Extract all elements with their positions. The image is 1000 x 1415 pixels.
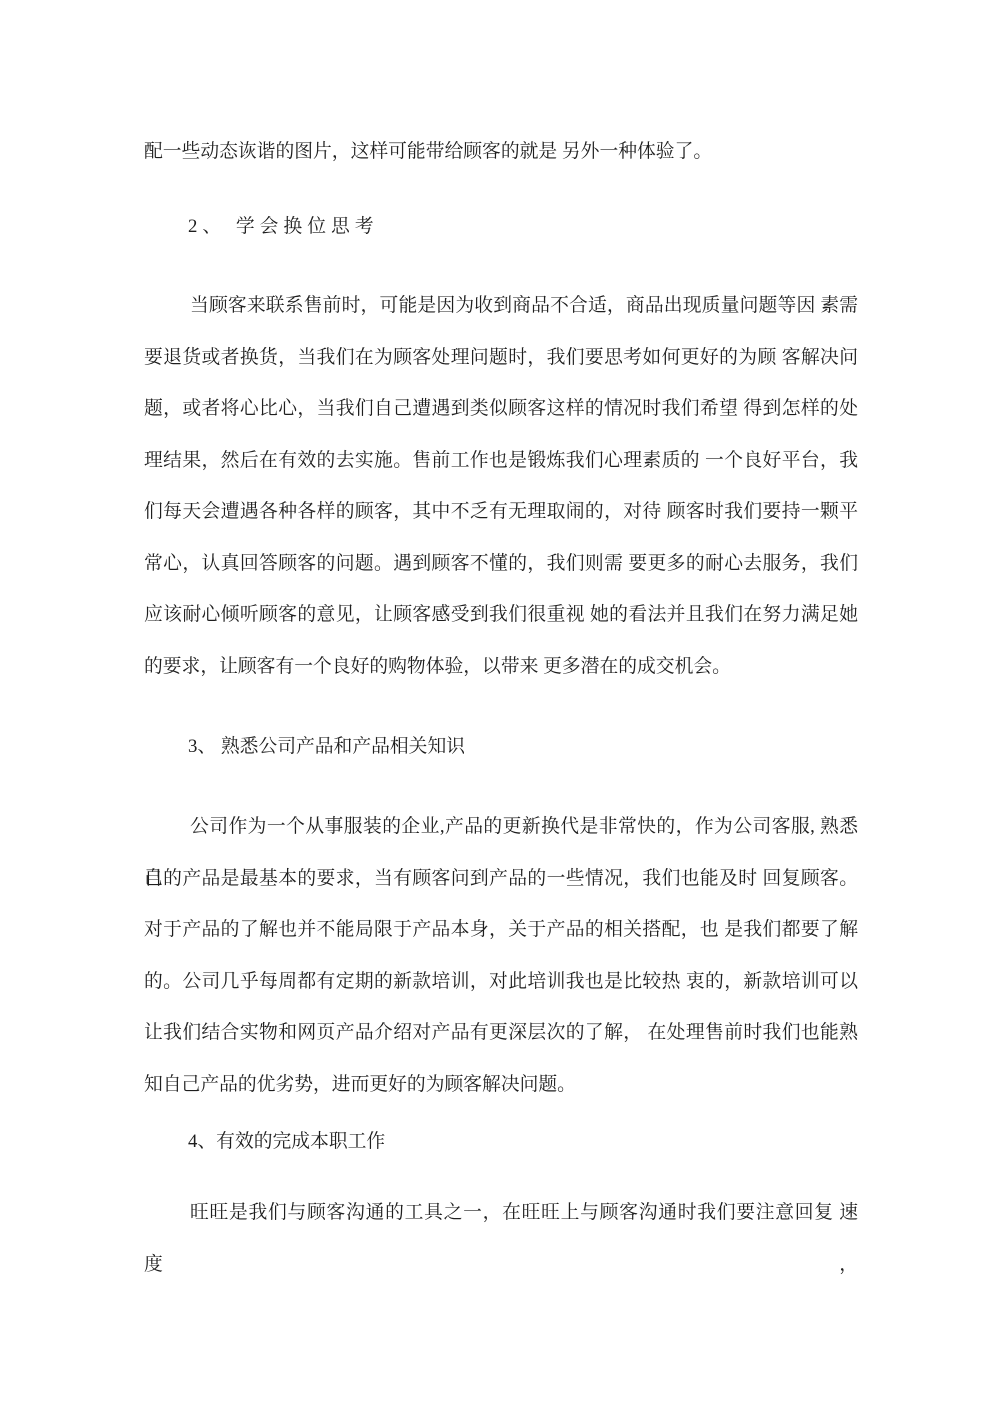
- paragraph-tail-line: 配一些动态诙谐的图片，这样可能带给顾客的就是 另外一种体验了。: [144, 126, 858, 178]
- body-paragraph-3: 公司作为一个从事服装的企业,产品的更新换代是非常快的，作为公司客服, 熟悉自 己…: [144, 801, 858, 1110]
- paragraph-line: 旺旺是我们与顾客沟通的工具之一，在旺旺上与顾客沟通时我们要注意回复 速度，: [144, 1187, 858, 1239]
- paragraph-line: 们每天会遭遇各种各样的顾客，其中不乏有无理取闹的，对待 顾客时我们要持一颗平: [144, 486, 858, 538]
- paragraph-line: 对于产品的了解也并不能局限于产品本身，关于产品的相关搭配，也 是我们都要了解: [144, 904, 858, 956]
- paragraph-line: 知自己产品的优劣势，进而更好的为顾客解决问题。: [144, 1059, 858, 1111]
- paragraph-line: 公司作为一个从事服装的企业,产品的更新换代是非常快的，作为公司客服, 熟悉自: [144, 801, 858, 853]
- document-page: 配一些动态诙谐的图片，这样可能带给顾客的就是 另外一种体验了。 2、 学会换位思…: [0, 0, 1000, 1415]
- paragraph-line: 题，或者将心比心，当我们自己遭遇到类似顾客这样的情况时我们希望 得到怎样的处: [144, 383, 858, 435]
- paragraph-line: 常心，认真回答顾客的问题。遇到顾客不懂的，我们则需 要更多的耐心去服务，我们: [144, 538, 858, 590]
- paragraph-line: 要退货或者换货，当我们在为顾客处理问题时，我们要思考如何更好的为顾 客解决问: [144, 332, 858, 384]
- body-paragraph-4: 旺旺是我们与顾客沟通的工具之一，在旺旺上与顾客沟通时我们要注意回复 速度，: [144, 1187, 858, 1239]
- paragraph-line: 应该耐心倾听顾客的意见，让顾客感受到我们很重视 她的看法并且我们在努力满足她: [144, 589, 858, 641]
- paragraph-line: 的。公司几乎每周都有定期的新款培训，对此培训我也是比较热 衷的，新款培训可以: [144, 956, 858, 1008]
- section-heading-2: 2、 学会换位思考: [144, 201, 902, 253]
- paragraph-line: 的要求，让顾客有一个良好的购物体验，以带来 更多潜在的成交机会。: [144, 641, 858, 693]
- body-paragraph-2: 当顾客来联系售前时，可能是因为收到商品不合适，商品出现质量问题等因 素需 要退货…: [144, 280, 858, 692]
- paragraph-line: 己的产品是最基本的要求，当有顾客问到产品的一些情况，我们也能及时 回复顾客。: [144, 853, 858, 905]
- paragraph-line: 当顾客来联系售前时，可能是因为收到商品不合适，商品出现质量问题等因 素需: [144, 280, 858, 332]
- section-heading-4: 4、有效的完成本职工作: [144, 1116, 902, 1168]
- paragraph-line: 让我们结合实物和网页产品介绍对产品有更深层次的了解， 在处理售前时我们也能熟: [144, 1007, 858, 1059]
- paragraph-line: 理结果，然后在有效的去实施。售前工作也是锻炼我们心理素质的 一个良好平台，我: [144, 435, 858, 487]
- section-heading-3: 3、 熟悉公司产品和产品相关知识: [144, 721, 902, 773]
